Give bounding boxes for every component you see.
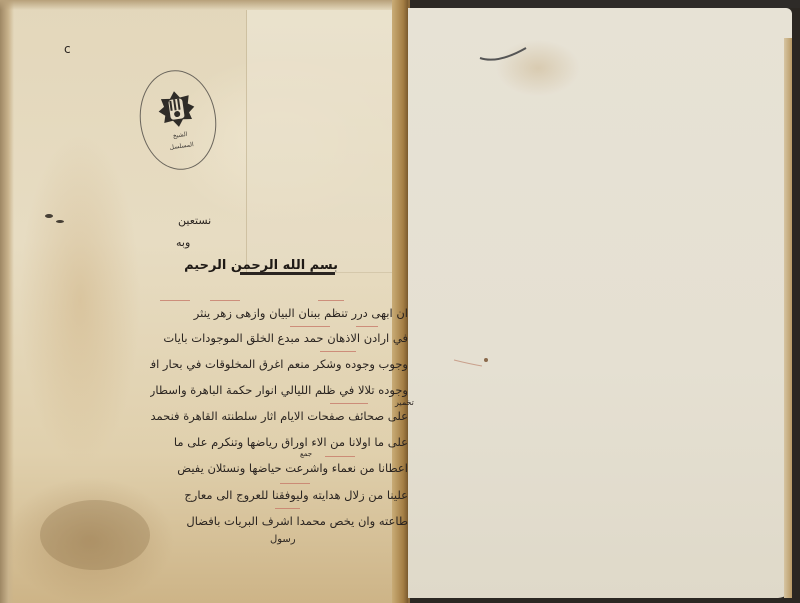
rubric-overline [330,403,368,404]
rubric-overline [356,326,378,327]
rubric-overline [318,300,344,301]
seal-inscription-2: المسلسل [169,141,194,152]
text-line-1: ان ابهى درر تنظم ببنان البيان وازهى زهر … [150,306,408,320]
text-line-4: وجوده تلالا في ظلم الليالي انوار حكمة ال… [150,383,408,397]
right-page [408,8,792,598]
basmala-heading: بسم الله الرحمن الرحيم [158,258,338,273]
rubric-overline [160,300,190,301]
text-line-2: في ارادن الاذهان حمد مبدع الخلق الموجودا… [150,331,408,345]
rubric-overline [320,351,356,352]
margin-note-2: وبه [176,236,190,249]
red-stroke-mark [452,358,492,368]
text-line-8: علينا من زلال هدايته وليوفقنا للعروج الى… [150,488,408,502]
rubric-overline [325,456,355,457]
seal-inscription-1: الشيخ [172,131,188,141]
paper-repair-patch [246,10,405,273]
page-edge [784,38,792,598]
text-line-5: على صحائف صفحات الايام اثار سلطنته القاه… [150,409,408,423]
margin-note-1: نستعين [178,214,211,227]
catchword: رسول [270,534,296,545]
rubric-overline [210,300,240,301]
rubric-overline [280,483,310,484]
ink-blot [45,214,53,218]
ink-blot [56,220,64,223]
scan-background [440,0,800,8]
margin-gloss: تخمير [395,398,414,407]
rubric-overline [290,326,330,327]
text-line-6: على ما اولانا من الاء اوراق رياضها وتنكر… [150,435,408,449]
manuscript-spread: c الشيخ المسلسل نستعين وبه بسم الله الرح… [0,0,800,603]
text-line-7: اعطانا من نعماء واشرعت حياضها ونسئلان يف… [150,461,408,475]
folio-mark: c [64,42,71,56]
text-line-3: وجوب وجوده وشكر منعم اغرق المخلوقات في ب… [150,357,408,371]
basmala-extension-stroke [240,272,335,275]
book-gutter [392,0,408,603]
rubric-overline [275,508,300,509]
stain [40,500,150,570]
interlinear-gloss: جمع [300,450,312,458]
hand-of-fatima-icon [154,87,199,132]
pen-stroke-mark [478,44,528,64]
text-line-9: طاعته وان يخص محمدا اشرف البريات بافضال [150,514,408,528]
